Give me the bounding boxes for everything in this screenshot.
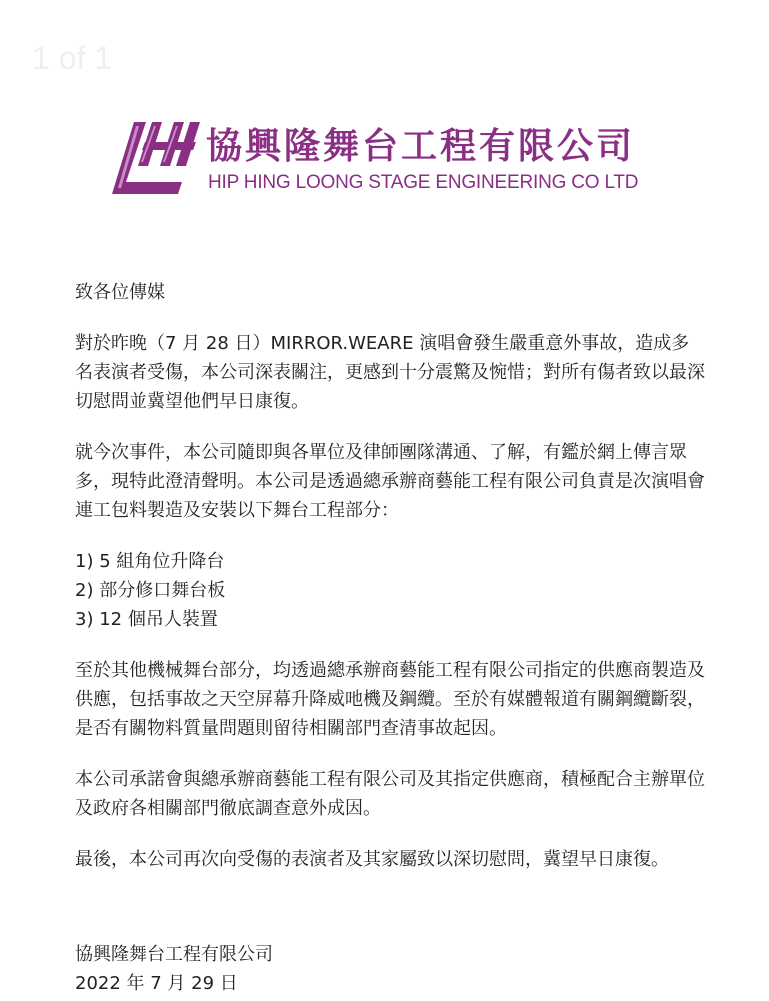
paragraph-scope: 就今次事件，本公司隨即與各單位及律師團隊溝通、了解，有鑑於網上傳言眾多，現特此澄… (75, 438, 705, 525)
page-indicator: 1 of 1 (32, 40, 112, 77)
list-item: 1) 5 組角位升降台 (75, 547, 705, 576)
paragraph-statement: 對於昨晚（7 月 28 日）MIRROR.WEARE 演唱會發生嚴重意外事故，造… (75, 329, 705, 416)
paragraph-other-machinery: 至於其他機械舞台部分，均透過總承辦商藝能工程有限公司指定的供應商製造及供應，包括… (75, 656, 705, 743)
salutation: 致各位傳媒 (75, 278, 705, 307)
signature-company: 協興隆舞台工程有限公司 (75, 940, 705, 969)
letterhead: 協興隆舞台工程有限公司 HIP HING LOONG STAGE ENGINEE… (112, 118, 672, 198)
list-item: 3) 12 個吊人裝置 (75, 605, 705, 634)
letter-body: 致各位傳媒 對於昨晚（7 月 28 日）MIRROR.WEARE 演唱會發生嚴重… (75, 278, 705, 998)
hhl-logo-icon (112, 122, 200, 198)
signature-date: 2022 年 7 月 29 日 (75, 969, 705, 998)
signature-block: 協興隆舞台工程有限公司 2022 年 7 月 29 日 (75, 940, 705, 998)
scope-list: 1) 5 組角位升降台 2) 部分修口舞台板 3) 12 個吊人裝置 (75, 547, 705, 634)
paragraph-commitment: 本公司承諾會與總承辦商藝能工程有限公司及其指定供應商，積極配合主辦單位及政府各相… (75, 765, 705, 823)
company-name-english: HIP HING LOONG STAGE ENGINEERING CO LTD (208, 172, 638, 194)
list-item: 2) 部分修口舞台板 (75, 576, 705, 605)
company-name-chinese: 協興隆舞台工程有限公司 (206, 118, 635, 169)
paragraph-closing: 最後，本公司再次向受傷的表演者及其家屬致以深切慰問，冀望早日康復。 (75, 845, 705, 874)
